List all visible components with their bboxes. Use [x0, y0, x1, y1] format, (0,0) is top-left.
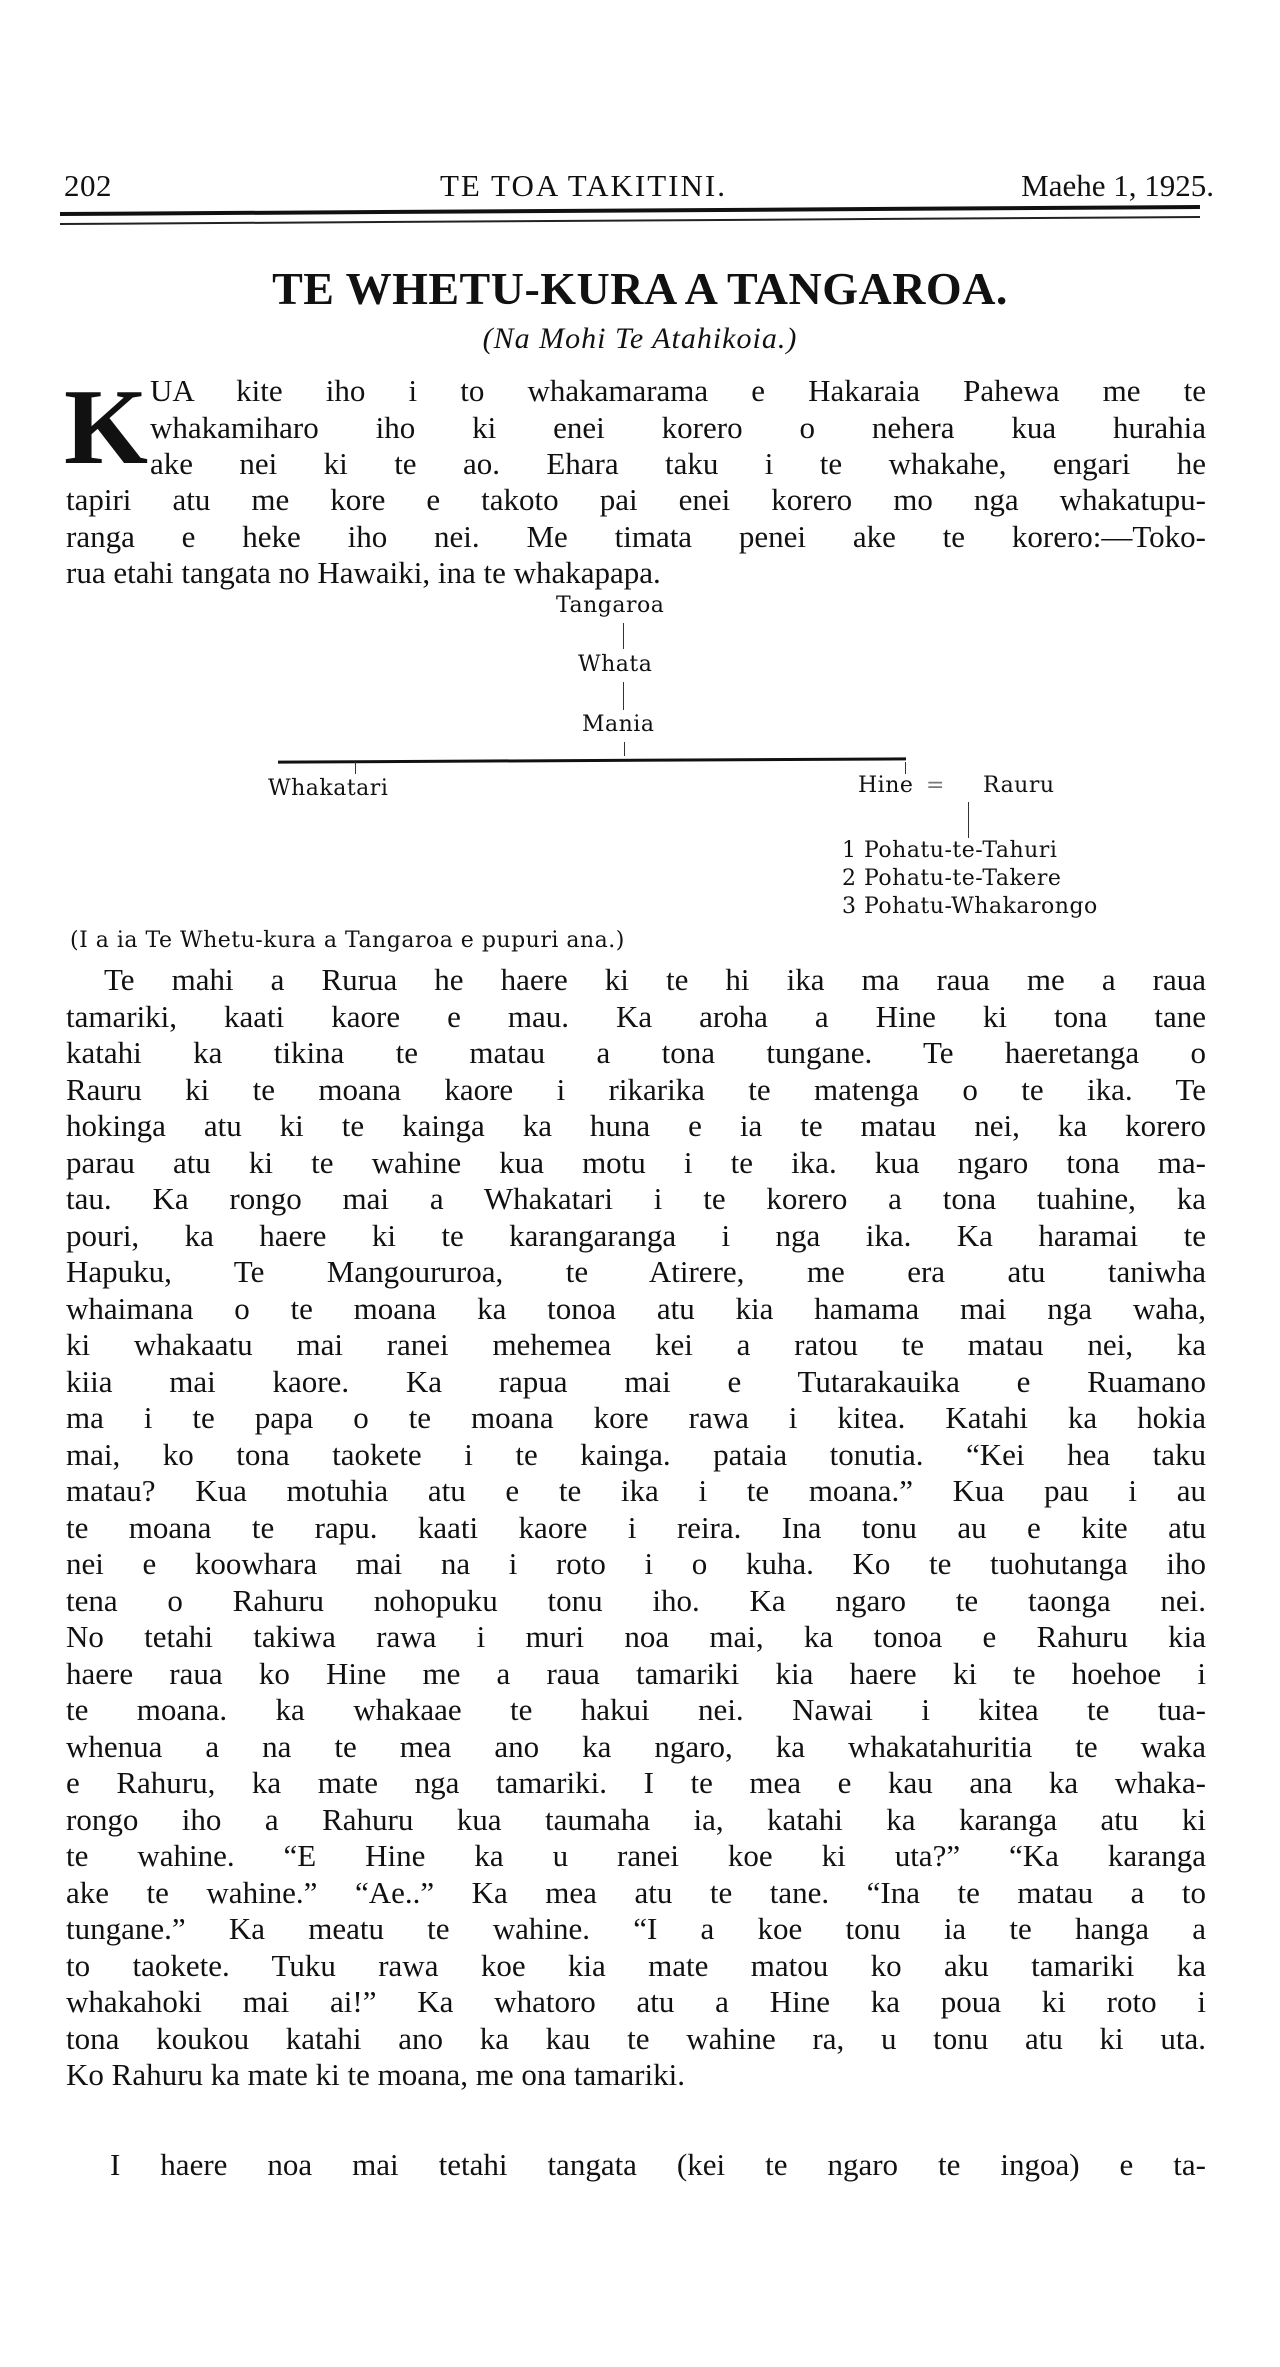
genealogy-connector [624, 742, 625, 756]
text-line: ki whakaatu mai ranei mehemea kei a rato… [66, 1327, 1206, 1364]
intro-full-block: tapiri atu me kore e takoto pai enei kor… [66, 482, 1206, 592]
text-line: matau? Kua motuhia atu e te ika i te moa… [66, 1473, 1206, 1510]
text-line: pouri, ka haere ki te karangaranga i nga… [66, 1218, 1206, 1255]
publication-title: TE TOA TAKITINI. [440, 168, 727, 204]
text-line: I haere noa mai tetahi tangata (kei te n… [66, 2147, 1206, 2184]
genealogy-mania: Mania [582, 712, 654, 737]
text-line: tapiri atu me kore e takoto pai enei kor… [66, 482, 1206, 519]
text-line: rua etahi tangata no Hawaiki, ina te wha… [66, 555, 1206, 592]
text-line: whakamiharo iho ki enei korero o nehera … [150, 410, 1206, 447]
genealogy-child-2: 2 Pohatu-te-Takere [842, 866, 1061, 891]
text-line: kiia mai kaore. Ka rapua mai e Tutarakau… [66, 1364, 1206, 1401]
genealogy-hine: Hine [858, 773, 913, 798]
text-line: Te mahi a Rurua he haere ki te hi ika ma… [66, 962, 1206, 999]
text-line: mai, ko tona taokete i te kainga. pataia… [66, 1437, 1206, 1474]
text-line: te moana. ka whakaae te hakui nei. Nawai… [66, 1692, 1206, 1729]
text-line: whakahoki mai ai!” Ka whatoro atu a Hine… [66, 1984, 1206, 2021]
genealogy-tangaroa: Tangaroa [556, 593, 664, 618]
text-line: te moana te rapu. kaati kaore i reira. I… [66, 1510, 1206, 1547]
text-line: whenua a na te mea ano ka ngaro, ka whak… [66, 1729, 1206, 1766]
genealogy-child-3: 3 Pohatu-Whakarongo [842, 894, 1098, 919]
text-line: whaimana o te moana ka tonoa atu kia ham… [66, 1291, 1206, 1328]
genealogy-whakatari: Whakatari [268, 776, 388, 801]
text-line: te wahine. “E Hine ka u ranei koe ki uta… [66, 1838, 1206, 1875]
text-line: Hapuku, Te Mangoururoa, te Atirere, me e… [66, 1254, 1206, 1291]
text-line: haere raua ko Hine me a raua tamariki ki… [66, 1656, 1206, 1693]
article-title: TE WHETU-KURA A TANGAROA. [0, 262, 1280, 315]
intro-indented-block: UA kite iho i to whakamarama e Hakaraia … [150, 373, 1206, 483]
genealogy-connector [623, 682, 624, 710]
genealogy-rauru: Rauru [983, 773, 1055, 798]
text-line: e Rahuru, ka mate nga tamariki. I te mea… [66, 1765, 1206, 1802]
genealogy-child-1: 1 Pohatu-te-Tahuri [842, 838, 1057, 863]
genealogy-branch-line [278, 757, 906, 763]
text-line: rongo iho a Rahuru kua taumaha ia, katah… [66, 1802, 1206, 1839]
text-line: nei e koowhara mai na i roto i o kuha. K… [66, 1546, 1206, 1583]
text-line: tena o Rahuru nohopuku tonu iho. Ka ngar… [66, 1583, 1206, 1620]
text-line: tamariki, kaati kaore e mau. Ka aroha a … [66, 999, 1206, 1036]
text-line: ake nei ki te ao. Ehara taku i te whakah… [150, 446, 1206, 483]
paragraph-2: Te mahi a Rurua he haere ki te hi ika ma… [66, 962, 1206, 2094]
text-line: ma i te papa o te moana kore rawa i kite… [66, 1400, 1206, 1437]
text-line: Rauru ki te moana kaore i rikarika te ma… [66, 1072, 1206, 1109]
drop-cap: K [64, 378, 148, 478]
marriage-symbol: = [926, 773, 945, 798]
text-line: hokinga atu ki te kainga ka huna e ia te… [66, 1108, 1206, 1145]
text-line: No tetahi takiwa rawa i muri noa mai, ka… [66, 1619, 1206, 1656]
text-line: parau atu ki te wahine kua motu i te ika… [66, 1145, 1206, 1182]
genealogy-whata: Whata [578, 652, 652, 677]
text-line: to taokete. Tuku rawa koe kia mate matou… [66, 1948, 1206, 1985]
text-line: tona koukou katahi ano ka kau te wahine … [66, 2021, 1206, 2058]
text-line: ranga e heke iho nei. Me timata penei ak… [66, 519, 1206, 556]
text-line: ake te wahine.” “Ae..” Ka mea atu te tan… [66, 1875, 1206, 1912]
text-line: tungane.” Ka meatu te wahine. “I a koe t… [66, 1911, 1206, 1948]
paragraph-3: I haere noa mai tetahi tangata (kei te n… [66, 2147, 1206, 2184]
text-line: tau. Ka rongo mai a Whakatari i te korer… [66, 1181, 1206, 1218]
page-number: 202 [64, 168, 112, 204]
genealogy-connector [968, 802, 969, 838]
genealogy-connector [355, 762, 356, 774]
issue-date: Maehe 1, 1925. [1021, 168, 1214, 204]
text-line: Ko Rahuru ka mate ki te moana, me ona ta… [66, 2057, 1206, 2094]
genealogy-note: (I a ia Te Whetu-kura a Tangaroa e pupur… [70, 928, 625, 953]
article-byline: (Na Mohi Te Atahikoia.) [0, 322, 1280, 356]
text-line: katahi ka tikina te matau a tona tungane… [66, 1035, 1206, 1072]
document-page: 202 TE TOA TAKITINI. Maehe 1, 1925. TE W… [0, 0, 1280, 2367]
text-line: UA kite iho i to whakamarama e Hakaraia … [150, 373, 1206, 410]
genealogy-connector [623, 623, 624, 649]
